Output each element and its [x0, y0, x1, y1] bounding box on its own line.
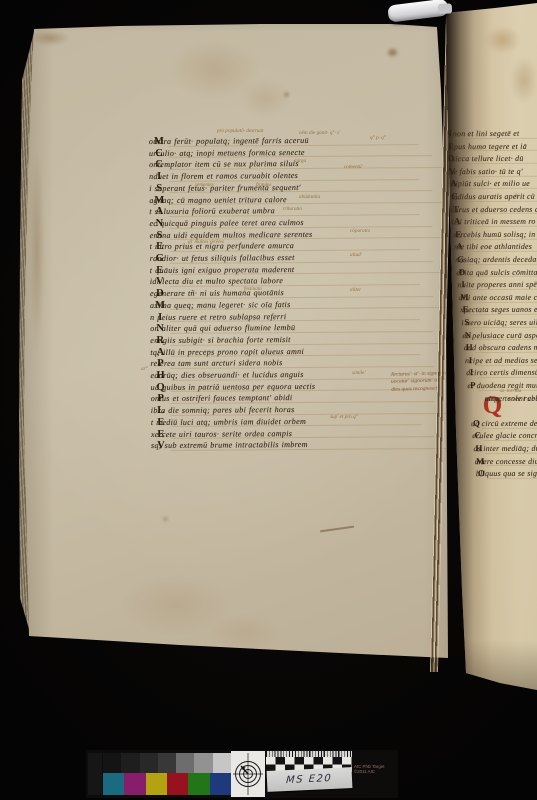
shelfmark-label: MS E20	[267, 767, 353, 792]
gray-patch	[121, 753, 139, 773]
color-patch	[103, 773, 124, 795]
black-patch	[88, 753, 102, 795]
gray-patch	[140, 753, 158, 773]
color-patch	[210, 773, 231, 795]
gray-patch	[213, 753, 231, 773]
interlinear-gloss: oēm die ganit· q°· s'	[299, 130, 340, 136]
interlinear-gloss: aliud'	[350, 252, 362, 258]
gray-patch	[176, 753, 194, 773]
bullseye-target	[231, 751, 265, 797]
interlinear-gloss: frondes	[256, 182, 271, 188]
interlinear-gloss: festinata	[244, 286, 262, 292]
shelfmark-text: MS E20	[286, 773, 333, 786]
interlinear-gloss: simile'	[352, 370, 366, 376]
manuscript-photograph: Monstra ferūt· populatq; ingentē farris …	[0, 0, 537, 800]
interlinear-gloss: sup' et pro q°	[330, 414, 358, 420]
bookmark-clip	[387, 0, 449, 23]
interlinear-gloss: aliter	[350, 287, 361, 293]
interlinear-gloss: ar°	[141, 366, 148, 372]
gray-patch	[158, 753, 176, 773]
interlinear-gloss: pro populatō· destruat	[217, 128, 263, 134]
color-patch	[146, 773, 167, 795]
interlinear-gloss: larga	[295, 158, 306, 164]
grayscale-patches	[103, 753, 231, 773]
calibration-target: MS E20 AIC PhD Target ©2011 AIC	[86, 750, 398, 798]
interlinear-gloss: trituratio	[283, 206, 302, 212]
gray-patch	[103, 753, 121, 773]
interlinear-gloss: sementes	[195, 182, 214, 188]
color-patches	[103, 773, 231, 795]
color-patch	[167, 773, 188, 795]
credit-line-2: ©2011 AIC	[354, 769, 396, 774]
interlinear-gloss: cōparatio	[350, 228, 370, 234]
color-patch	[188, 773, 209, 795]
interlinear-gloss: ss· torrida	[500, 388, 521, 394]
interlinear-gloss: gl' multos serētes	[188, 239, 224, 245]
interlinear-gloss: q° p· q°	[370, 135, 386, 141]
target-credit: AIC PhD Target ©2011 AIC	[354, 764, 396, 775]
interlinear-gloss: cō'	[155, 161, 161, 167]
color-patch	[124, 773, 145, 795]
interlinear-gloss: abūdantia	[299, 194, 320, 200]
gray-patch	[194, 753, 212, 773]
interlinear-gloss: comentū'	[344, 164, 363, 170]
